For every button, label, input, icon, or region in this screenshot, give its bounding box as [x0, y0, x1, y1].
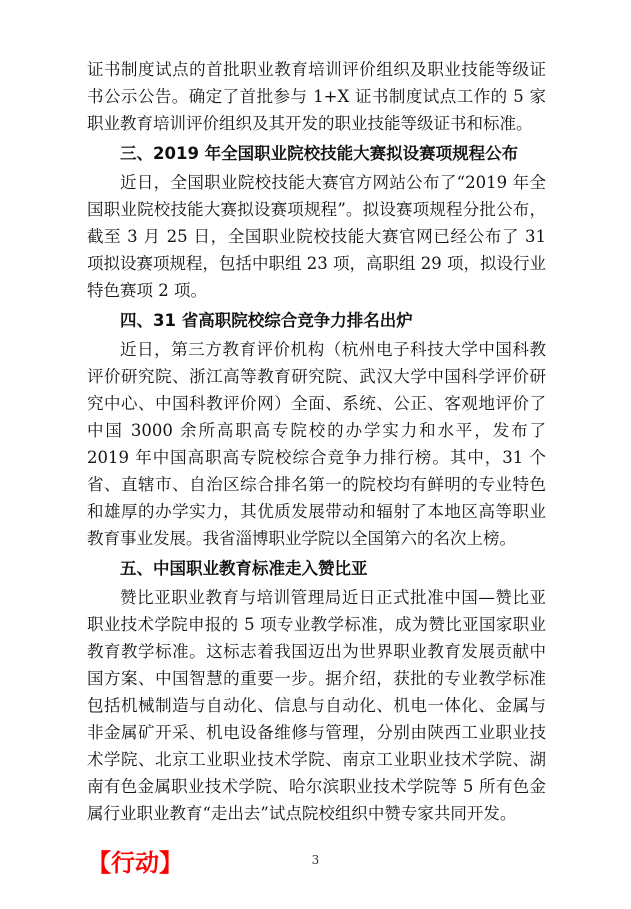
section-heading-3: 三、2019 年全国职业院校技能大赛拟设赛项规程公布 — [87, 137, 546, 169]
document-content: 证书制度试点的首批职业教育培训评价组织及职业技能等级证书公示公告。确定了首批参与… — [87, 56, 546, 877]
section-heading-5: 五、中国职业教育标准走入赞比亚 — [87, 552, 546, 584]
document-page: 证书制度试点的首批职业教育培训评价组织及职业技能等级证书公示公告。确定了首批参与… — [0, 0, 631, 909]
section-body-3: 近日，全国职业院校技能大赛官方网站公布了“2019 年全国职业院校技能大赛拟设赛… — [87, 169, 546, 304]
section-body-4: 近日，第三方教育评价机构（杭州电子科技大学中国科教评价研究院、浙江高等教育研究院… — [87, 336, 546, 552]
page-number: 3 — [0, 853, 631, 867]
continuation-paragraph: 证书制度试点的首批职业教育培训评价组织及职业技能等级证书公示公告。确定了首批参与… — [87, 56, 546, 137]
section-heading-4: 四、31 省高职院校综合竞争力排名出炉 — [87, 304, 546, 336]
section-body-5: 赞比亚职业教育与培训管理局近日正式批准中国—赞比亚职业技术学院申报的 5 项专业… — [87, 584, 546, 827]
